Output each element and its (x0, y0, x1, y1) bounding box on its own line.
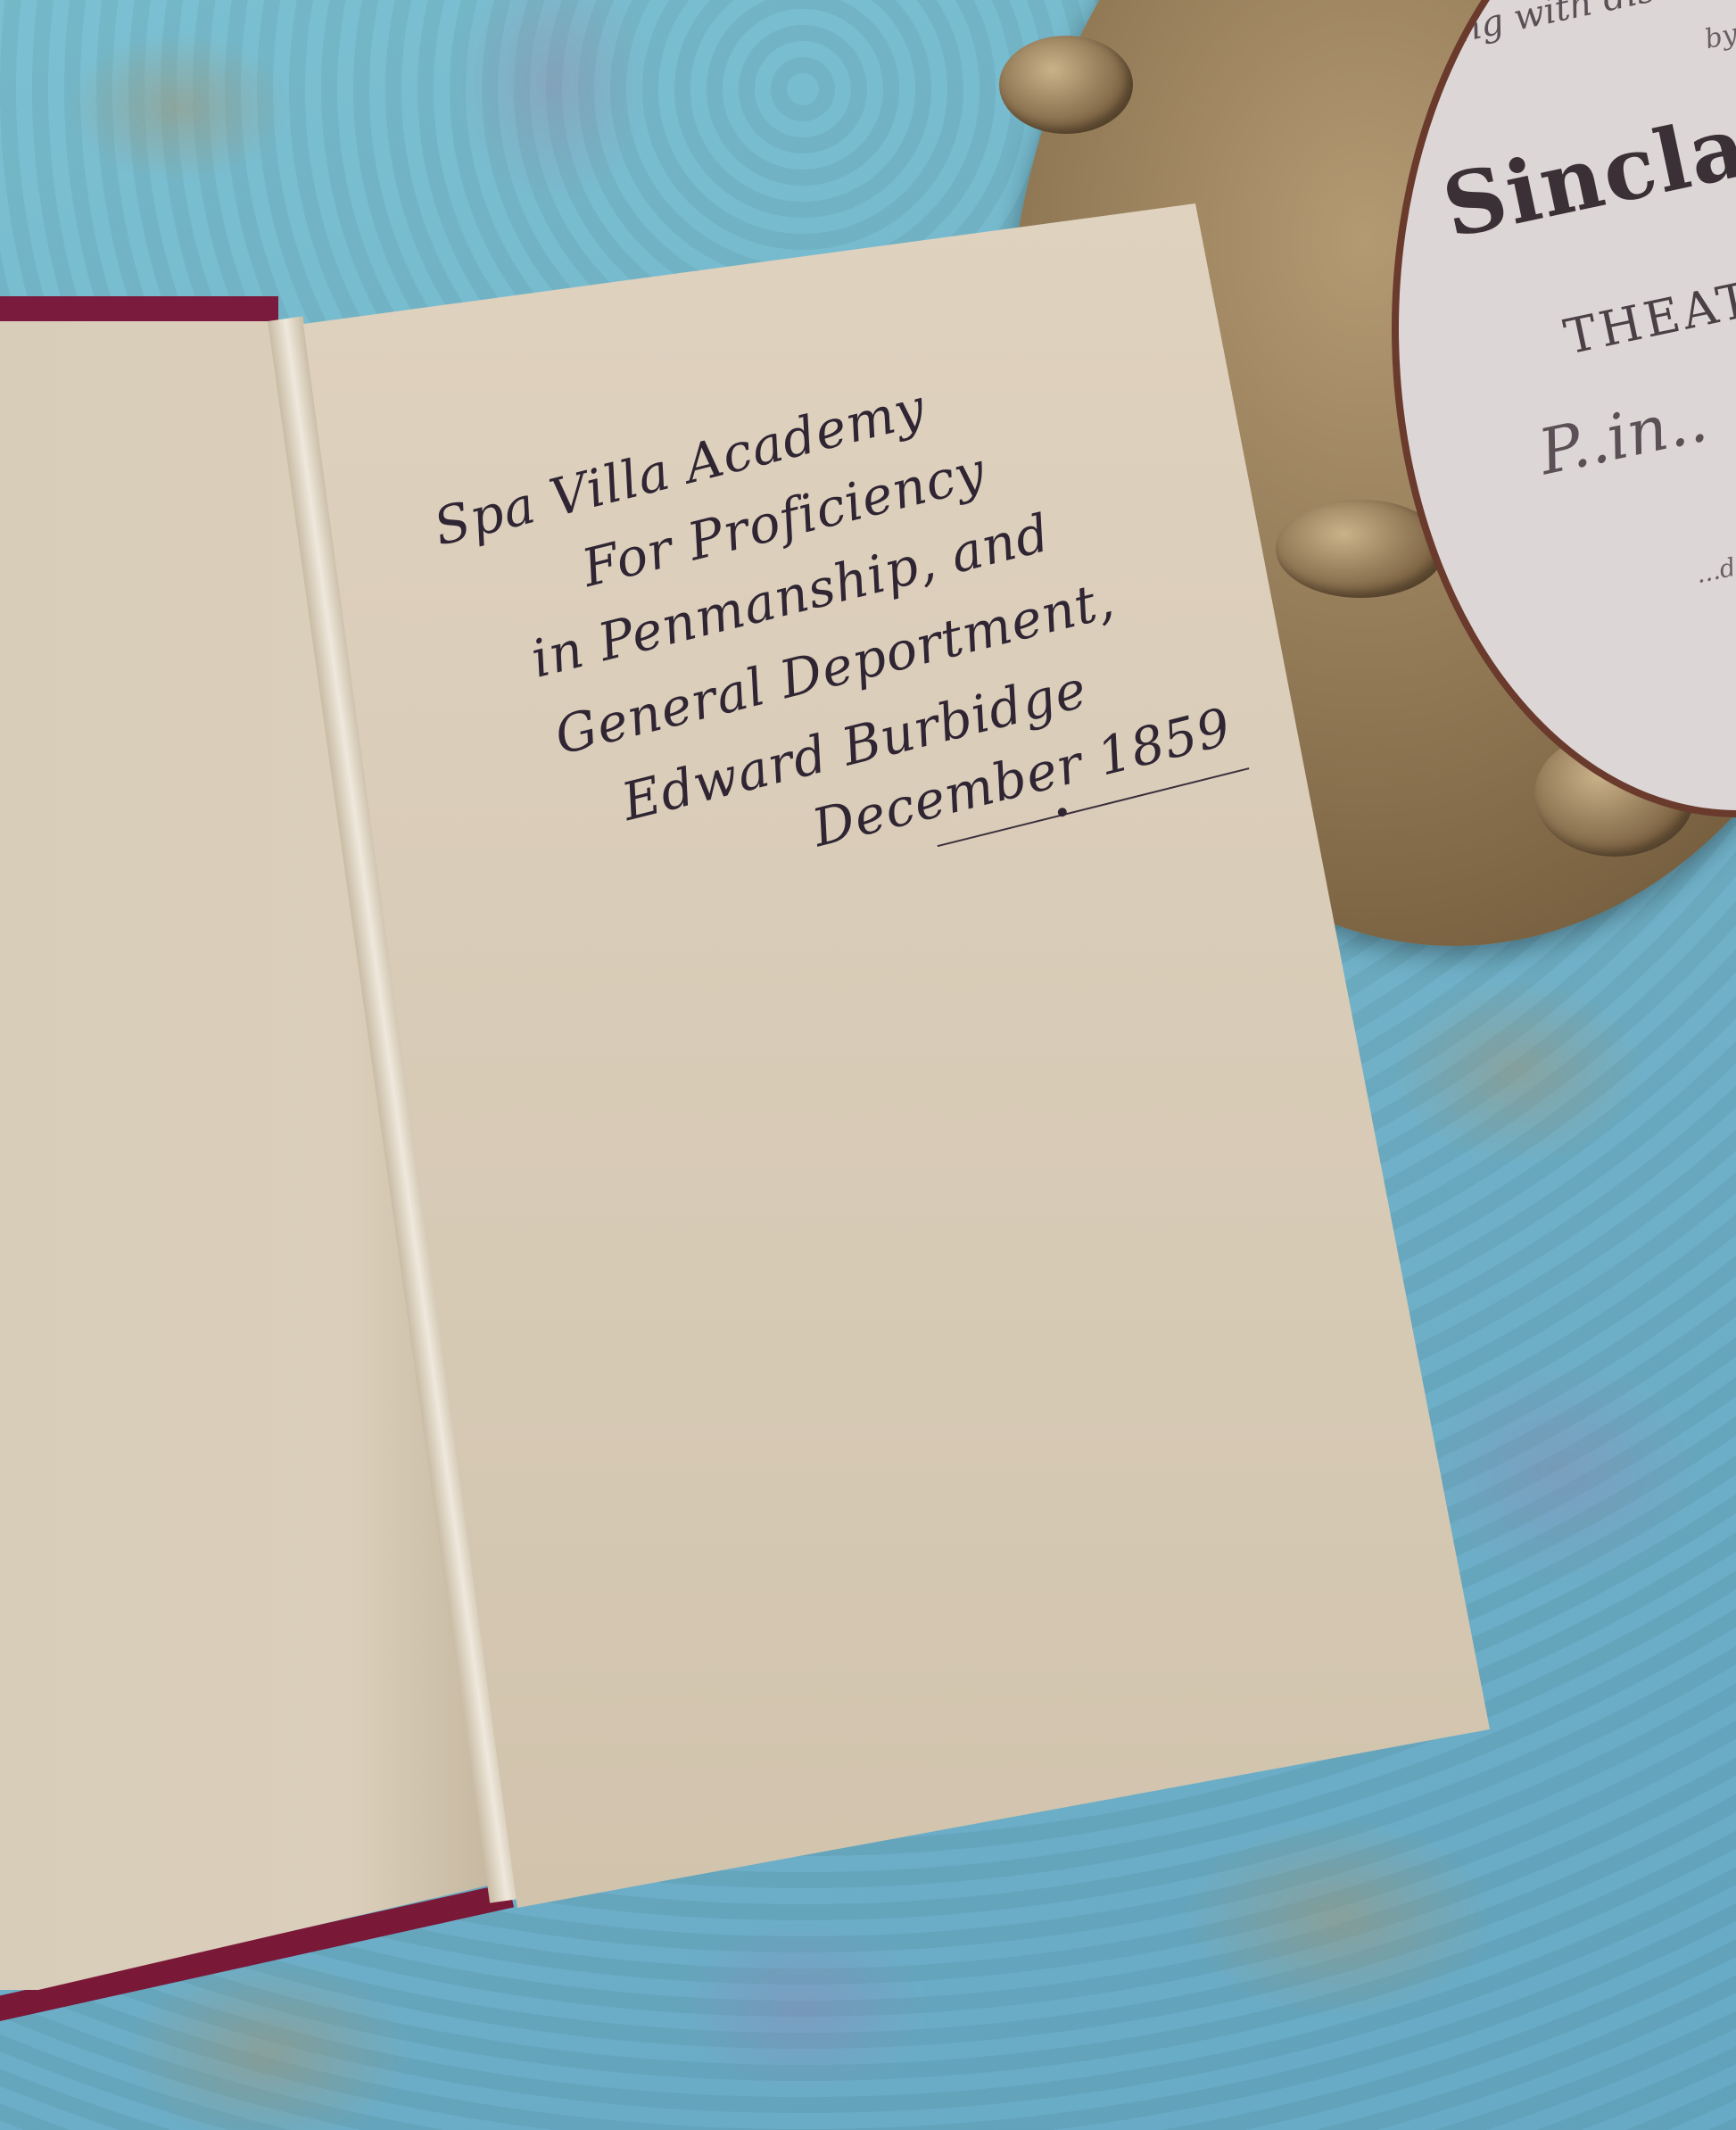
print-footer-line: ...d wi... (1693, 539, 1736, 589)
book-cover-edge-top (0, 296, 278, 323)
frame-scroll-ornament (999, 36, 1133, 134)
print-performer-line: P..in.. (1533, 383, 1713, 490)
print-theatre-line: THEATR... (1559, 251, 1736, 366)
print-by-line: by (1702, 18, 1736, 55)
print-name-sinclair: Sinclair (1434, 78, 1736, 257)
